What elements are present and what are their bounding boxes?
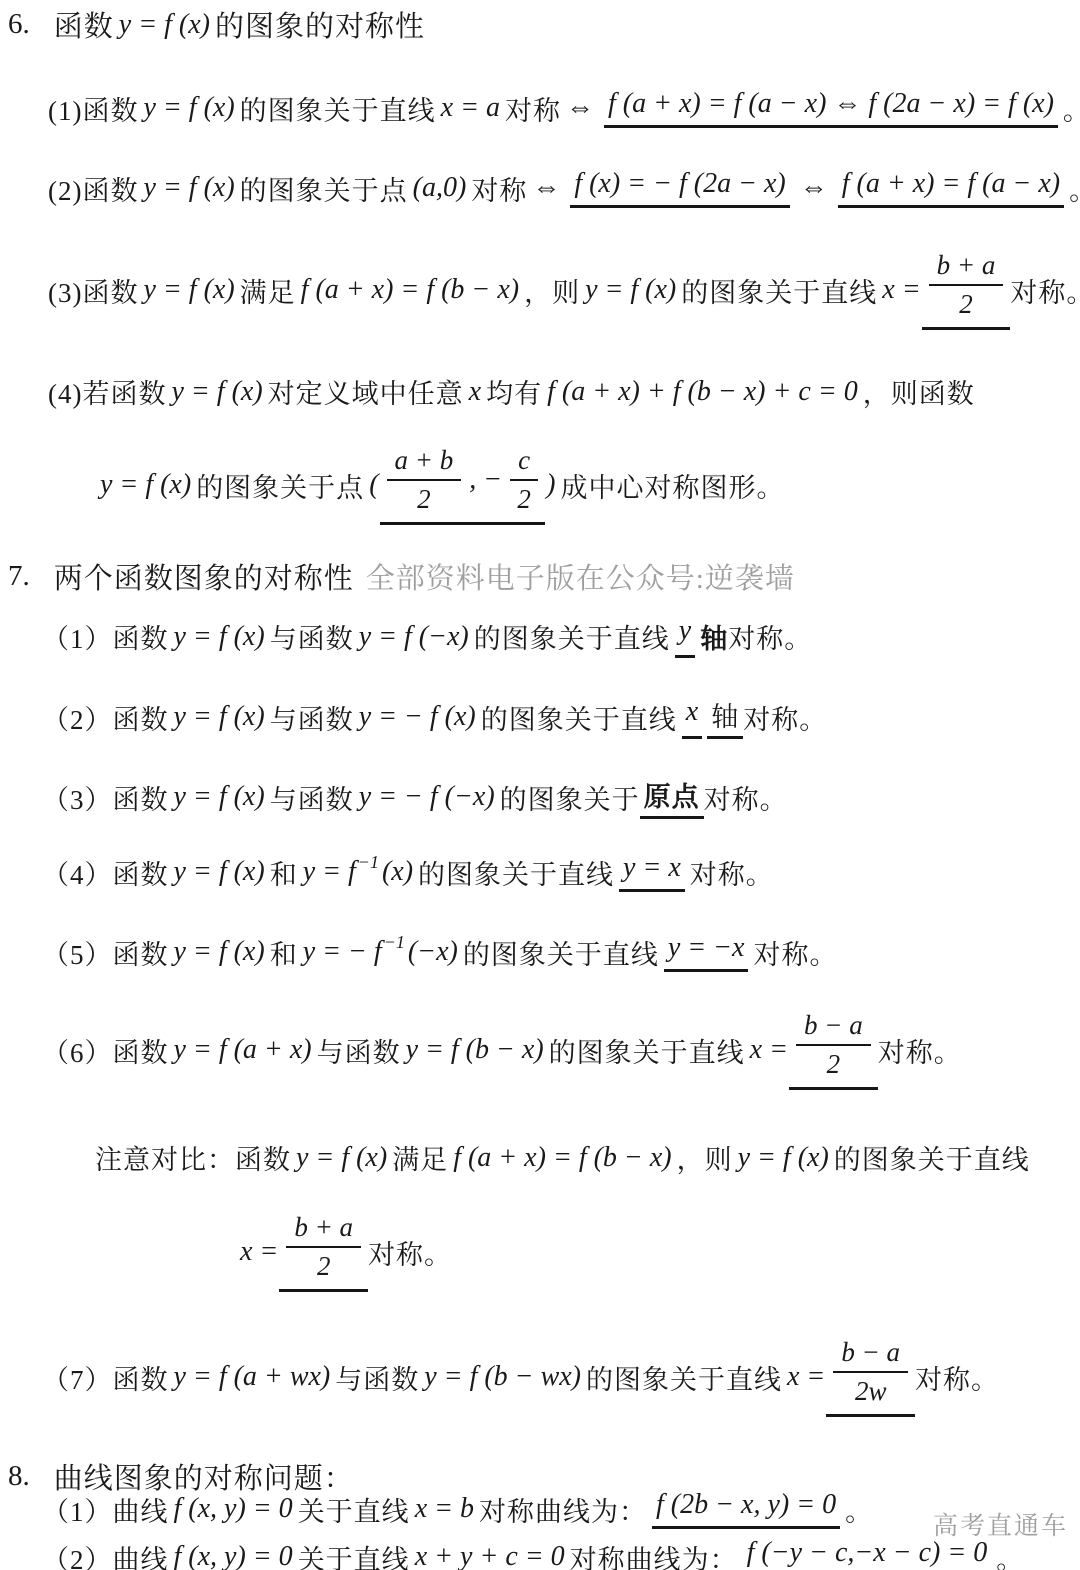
text: 的图象关于直线 (481, 698, 677, 737)
math-expression: y = f (303, 856, 356, 888)
text: 关于直线 (298, 1538, 410, 1570)
text: 的图象关于直线 (418, 853, 614, 892)
text: 的图象关于直线 (474, 617, 670, 656)
text: 与函数 (270, 698, 354, 737)
math-expression: x = b (415, 1493, 474, 1525)
item-7-1: （1）函数 y = f (x) 与函数 y = f (−x) 的图象关于直线 y… (42, 615, 812, 658)
math-expression: y = − f (303, 936, 382, 968)
math-expression: y = − f (−x) (359, 781, 495, 813)
note-label: 注意对比：函数 (95, 1138, 291, 1177)
item-label: (3)函数 (48, 271, 138, 310)
text: 。 (845, 1490, 873, 1529)
underlined-text: 轴 (707, 695, 743, 739)
text: 对称。 (753, 933, 837, 972)
superscript: −1 (384, 932, 405, 953)
math-expression: y = f (x) (143, 172, 234, 204)
text: 的图象关于直线 (834, 1138, 1030, 1177)
item-8-2: （2）曲线 f (x, y) = 0 关于直线 x + y + c = 0 对称… (42, 1537, 1024, 1570)
text: 与函数 (317, 1031, 401, 1070)
item-7-5: （5）函数 y = f (x) 和 y = − f −1 (−x) 的图象关于直… (42, 932, 837, 972)
math-expression: y = − f (x) (359, 701, 476, 733)
math-notes-page: 6. 函数 y = f (x) 的图象的对称性 (1)函数 y = f (x) … (0, 0, 1080, 1570)
iff-symbol: ⇔ (532, 172, 560, 204)
text: 和 (270, 853, 298, 892)
item-7-4: （4）函数 y = f (x) 和 y = f −1 (x) 的图象关于直线 y… (42, 852, 774, 892)
fraction-numerator: b + a (286, 1212, 361, 1248)
item-7-7: （7）函数 y = f (a + wx) 与函数 y = f (b − wx) … (42, 1337, 999, 1417)
item-6-2: (2)函数 y = f (x) 的图象关于点 (a,0) 对称 ⇔ f (x) … (48, 168, 1080, 208)
heading-text: 两个函数图象的对称性 (54, 556, 354, 597)
math-expression: x = (240, 1236, 278, 1268)
math-expression: y = f (a + x) (174, 1034, 312, 1066)
math-expression: y = f (−x) (359, 621, 469, 653)
math-expression: f (a + x) = f (b − x) (301, 274, 519, 306)
text: 对称 (505, 89, 561, 128)
watermark-inline: 全部资料电子版在公众号:逆袭墙 (366, 556, 795, 597)
math-expression: y = f (x) (174, 936, 265, 968)
text: 关于直线 (298, 1490, 410, 1529)
text: ，则函数 (863, 372, 975, 411)
underlined-bold-text: 原点 (640, 775, 704, 819)
math-expression: (a,0) (413, 172, 467, 204)
text: 对称。 (368, 1233, 452, 1272)
underlined-math: y = −x (664, 932, 749, 972)
item-7-3: （3）函数 y = f (x) 与函数 y = − f (−x) 的图象关于 原… (42, 775, 788, 819)
fraction: a + b 2 (387, 445, 462, 515)
math-expression: , − (469, 464, 502, 496)
item-6-4: (4)若函数 y = f (x) 对定义域中任意 x 均有 f (a + x) … (48, 372, 975, 411)
text: 对称。 (743, 698, 827, 737)
text: 的图象关于点 (196, 466, 364, 505)
superscript: −1 (358, 852, 379, 873)
math-expression: f (a + x) = f (b − x) (453, 1142, 671, 1174)
math-expression: y = f (a + wx) (174, 1361, 331, 1393)
note-compare: 注意对比：函数 y = f (x) 满足 f (a + x) = f (b − … (95, 1138, 1030, 1177)
bold-text: 轴 (700, 617, 728, 656)
text: 对称。 (690, 853, 774, 892)
math-expression: y = f (x) (143, 92, 234, 124)
underlined-math: f (x) = − f (2a − x) (570, 168, 789, 208)
iff-symbol: ⇔ (566, 92, 594, 124)
item-6-3: (3)函数 y = f (x) 满足 f (a + x) = f (b − x)… (48, 250, 1080, 330)
math-expression: y = f (x) (585, 274, 676, 306)
math-expression: f (x, y) = 0 (174, 1541, 293, 1570)
item-7-2: （2）函数 y = f (x) 与函数 y = − f (x) 的图象关于直线 … (42, 695, 827, 739)
math-expression: y = f (x) (296, 1142, 387, 1174)
text: 成中心对称图形。 (560, 466, 784, 505)
fraction-numerator: b − a (796, 1010, 871, 1046)
fraction: c 2 (510, 445, 538, 515)
math-expression: y = f (x) (143, 274, 234, 306)
section-number: 8. (8, 1460, 30, 1493)
item-7-6: （6）函数 y = f (a + x) 与函数 y = f (b − x) 的图… (42, 1010, 962, 1090)
heading-text: 的图象的对称性 (215, 4, 425, 45)
math-expression: x = a (441, 92, 500, 124)
text: 的图象关于直线 (463, 933, 659, 972)
fraction-denominator: 2 (827, 1046, 841, 1080)
math-expression: y = f (x) (174, 701, 265, 733)
fraction-numerator: b + a (929, 250, 1004, 286)
fraction: b + a 2 (929, 250, 1004, 320)
underlined-math: y = x (619, 852, 685, 892)
item-label: (4)若函数 (48, 372, 166, 411)
watermark-corner: 高考直通车 (933, 1506, 1068, 1542)
text: 。 (1063, 89, 1080, 128)
math-expression: x = (882, 274, 920, 306)
item-label: （2）曲线 (42, 1538, 169, 1570)
fraction-numerator: a + b (387, 445, 462, 481)
text: 均有 (486, 372, 542, 411)
math-expression: f (a + x) + f (b − x) + c = 0 (547, 376, 858, 408)
underlined-math: f (2b − x, y) = 0 (652, 1489, 840, 1529)
item-label: （6）函数 (42, 1031, 169, 1070)
text: ，则 (524, 271, 580, 310)
math-expression: y = f (b − wx) (424, 1361, 581, 1393)
underlined-fraction: b − a 2 (789, 1010, 878, 1090)
close-paren: ) (546, 469, 555, 501)
section-6-heading: 6. 函数 y = f (x) 的图象的对称性 (8, 4, 425, 45)
math-expression: x = (787, 1361, 825, 1393)
text: 。 (996, 1538, 1024, 1570)
fraction-numerator: c (510, 445, 538, 481)
item-label: （7）函数 (42, 1358, 169, 1397)
math-expression: x = (750, 1034, 788, 1066)
item-label: (2)函数 (48, 169, 138, 208)
text: 与函数 (335, 1358, 419, 1397)
underlined-fraction-group: a + b 2 , − c 2 (380, 445, 546, 525)
item-label: （5）函数 (42, 933, 169, 972)
text: 对称。 (704, 778, 788, 817)
open-paren: ( (369, 469, 378, 501)
math-expression: y = f (x) (119, 9, 210, 41)
text: 对称。 (878, 1031, 962, 1070)
math-expression: x (469, 376, 481, 408)
math-expression: y = f (x) (100, 469, 191, 501)
item-6-4-continued: y = f (x) 的图象关于点 ( a + b 2 , − c 2 ) 成中心… (95, 445, 784, 525)
text: 的图象关于点 (240, 169, 408, 208)
text: 满足 (240, 271, 296, 310)
math-expression: y = f (x) (174, 621, 265, 653)
math-expression: (−x) (408, 936, 458, 968)
fraction-denominator: 2 (517, 481, 531, 515)
section-7-heading: 7. 两个函数图象的对称性 全部资料电子版在公众号:逆袭墙 (8, 556, 795, 597)
fraction-denominator: 2 (959, 286, 973, 320)
text: 的图象关于 (500, 778, 640, 817)
underlined-fraction: b + a 2 (922, 250, 1011, 330)
iff-symbol: ⇔ (800, 172, 828, 204)
fraction: b − a 2w (833, 1337, 908, 1407)
math-expression: f (x, y) = 0 (174, 1493, 293, 1525)
text: 的图象关于直线 (586, 1358, 782, 1397)
text: 对称。 (1010, 271, 1080, 310)
text: 与函数 (270, 617, 354, 656)
math-expression: y = f (x) (738, 1142, 829, 1174)
fraction-numerator: b − a (833, 1337, 908, 1373)
math-expression: y = f (x) (174, 856, 265, 888)
item-label: （4）函数 (42, 853, 169, 892)
fraction-denominator: 2w (855, 1373, 887, 1407)
math-expression: x + y + c = 0 (415, 1541, 565, 1570)
math-expression: y = f (x) (171, 376, 262, 408)
text: 对称。 (728, 617, 812, 656)
fraction-denominator: 2 (417, 481, 431, 515)
text: 与函数 (270, 778, 354, 817)
item-label: （1）函数 (42, 617, 169, 656)
underlined-fraction: b − a 2w (826, 1337, 915, 1417)
item-label: (1)函数 (48, 89, 138, 128)
item-label: （3）函数 (42, 778, 169, 817)
text: 的图象关于直线 (240, 89, 436, 128)
math-expression: (x) (382, 856, 413, 888)
section-number: 7. (8, 560, 30, 593)
fraction: b + a 2 (286, 1212, 361, 1282)
note-compare-continued: x = b + a 2 对称。 (235, 1212, 452, 1292)
item-label: （2）函数 (42, 698, 169, 737)
item-8-1: （1）曲线 f (x, y) = 0 关于直线 x = b 对称曲线为： f (… (42, 1489, 873, 1529)
underlined-fraction: b + a 2 (279, 1212, 368, 1292)
text: 。 (1069, 169, 1080, 208)
text: 对称曲线为： (570, 1538, 738, 1570)
math-expression: y = f (x) (174, 781, 265, 813)
text: ，则 (677, 1138, 733, 1177)
text: 的图象关于直线 (549, 1031, 745, 1070)
underlined-math: x (682, 696, 702, 739)
underlined-math: f (a + x) = f (a − x) (838, 168, 1064, 208)
text: 对称曲线为： (479, 1490, 647, 1529)
text: 和 (270, 933, 298, 972)
text: 满足 (392, 1138, 448, 1177)
fraction: b − a 2 (796, 1010, 871, 1080)
item-label: （1）曲线 (42, 1490, 169, 1529)
math-expression: y = f (b − x) (406, 1034, 544, 1066)
text: 的图象关于直线 (681, 271, 877, 310)
fraction-denominator: 2 (317, 1248, 331, 1282)
underlined-math: y (675, 615, 695, 658)
text: 对称 (471, 169, 527, 208)
text: 对定义域中任意 (268, 372, 464, 411)
heading-text: 函数 (54, 4, 114, 45)
underlined-math: f (a + x) = f (a − x) ⇔ f (2a − x) = f (… (604, 88, 1058, 128)
section-number: 6. (8, 8, 30, 41)
text: 对称。 (915, 1358, 999, 1397)
item-6-1: (1)函数 y = f (x) 的图象关于直线 x = a 对称 ⇔ f (a … (48, 88, 1080, 128)
